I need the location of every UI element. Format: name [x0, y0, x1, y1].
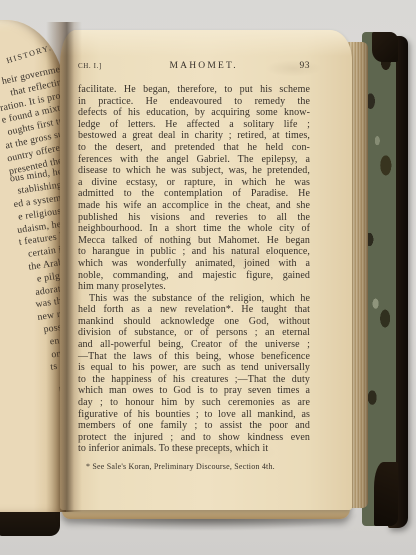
text-line: and all-powerful being, Creator of the u…	[78, 339, 310, 351]
text-line: is equal to his power, are such as tend …	[78, 362, 310, 374]
text-line: defects of his education, by acquiring s…	[78, 107, 310, 119]
text-line: figurative of his bounties ; to love all…	[78, 409, 310, 421]
page-title: MAHOMET.	[169, 61, 237, 71]
chapter-label: CH. I.]	[78, 62, 102, 70]
text-line: —That the laws of this being, whose bene…	[78, 351, 310, 363]
text-line: in practice. He endeavoured to remedy th…	[78, 96, 310, 108]
paragraph: facilitate. He began, therefore, to put …	[78, 84, 310, 293]
text-line: to the happiness of his creatures ;—That…	[78, 374, 310, 386]
text-line: held forth as a new revelation*. He taug…	[78, 304, 310, 316]
paragraph: This was the substance of the religion, …	[78, 293, 310, 455]
text-line: to the desert, and pretended that he hel…	[78, 142, 310, 154]
text-line: noble, commanding, and majestic figure, …	[78, 270, 310, 282]
page-number: 93	[299, 61, 310, 71]
left-page-fragments: heir governmenthat reflectingration. It …	[0, 63, 66, 504]
text-line: which man owes to God is to pray seven t…	[78, 385, 310, 397]
running-header: CH. I.] MAHOMET. 93	[78, 61, 310, 73]
text-line: mankind should acknowledge one God, with…	[78, 316, 310, 328]
text-line: which was wonderfully animated, joined w…	[78, 258, 310, 270]
text-line: to inferior animals. To these precepts, …	[78, 443, 310, 455]
text-line: ferences with the angel Gabriel. The epi…	[78, 154, 310, 166]
right-page: CH. I.] MAHOMET. 93 facilitate. He began…	[60, 30, 352, 510]
left-page: HISTORY. [ heir governmenthat reflecting…	[0, 20, 66, 512]
text-line: published his visions and reveries to al…	[78, 212, 310, 224]
text-line: This was the substance of the religion, …	[78, 293, 310, 305]
text-line: ledge of letters. He affected a solitary…	[78, 119, 310, 131]
left-page-text: HISTORY. [ heir governmenthat reflecting…	[0, 46, 66, 503]
text-line: admitted to the contemplation of Paradis…	[78, 188, 310, 200]
text-line: division of substance, or of persons ; a…	[78, 327, 310, 339]
text-line: bestowed a great deal in charity ; retir…	[78, 130, 310, 142]
text-line: a divine ecstasy, or rapture, in which h…	[78, 177, 310, 189]
text-line: facilitate. He began, therefore, to put …	[78, 84, 310, 96]
book-photo: HISTORY. [ heir governmenthat reflecting…	[0, 0, 416, 555]
page-body: facilitate. He began, therefore, to put …	[78, 84, 310, 471]
text-line: made his wife an accomplice in the cheat…	[78, 200, 310, 212]
text-line: Mecca talked of nothing but Mahomet. He …	[78, 235, 310, 247]
text-line: him many proselytes.	[78, 281, 310, 293]
text-line: day ; to honour him by such ceremonies a…	[78, 397, 310, 409]
text-line: protect the injured ; and to show kindne…	[78, 432, 310, 444]
text-line: neighbourhood. In a short time the whole…	[78, 223, 310, 235]
text-line: to harangue in public ; and his natural …	[78, 246, 310, 258]
footnote: * See Sale's Koran, Preliminary Discours…	[86, 462, 310, 471]
text-line: disease to which he was subject, was, he…	[78, 165, 310, 177]
text-line: members of one family ; to assist the po…	[78, 420, 310, 432]
